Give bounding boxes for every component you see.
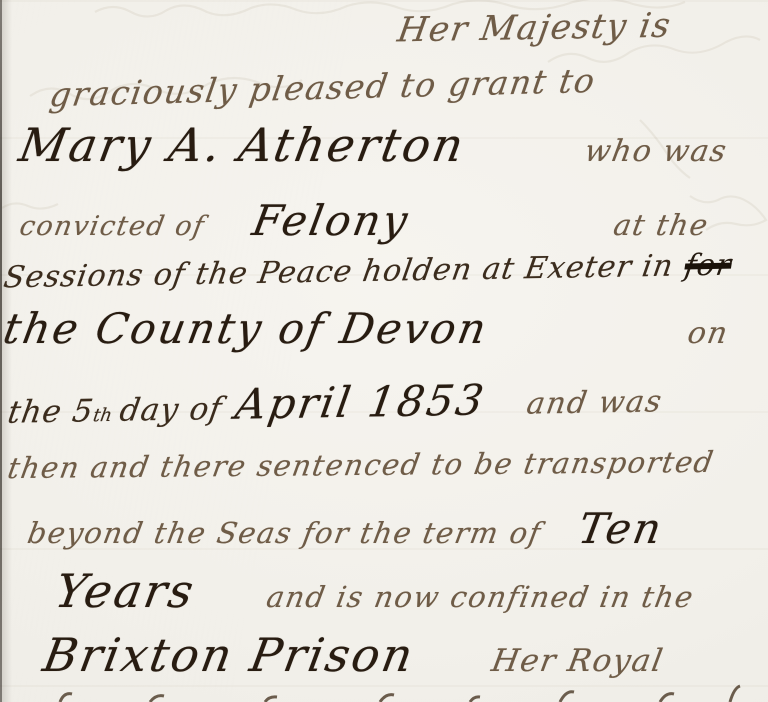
handwritten-line: the 5 th day of April 1853 and was [8, 372, 664, 432]
field-month-year: April 1853 [232, 375, 489, 428]
field-convict-name: Mary A. Atherton [15, 118, 470, 172]
handwritten-line: Sessions of the Peace holden at Exeter i… [4, 248, 732, 296]
form-script-text: convicted of [17, 211, 207, 242]
document-scan: Her Majesty is graciously pleased to gra… [0, 0, 768, 702]
handwritten-line: Years and is now confined in the [56, 564, 694, 618]
field-day: the 5 [5, 393, 96, 431]
form-script-text: graciously pleased to grant to [47, 61, 598, 114]
form-script-text: Her Majesty is [395, 6, 674, 51]
struck-out-word: for [683, 248, 735, 284]
scan-edge-shadow [2, 0, 12, 702]
field-sentence-term-years: Years [51, 564, 200, 618]
form-script-text: then and there sentenced to be transport… [5, 445, 717, 485]
field-county: the County of Devon [0, 304, 492, 353]
handwritten-line: the County of Devon on [4, 304, 728, 353]
field-prison: Brixton Prison [39, 628, 419, 682]
form-script-text: beyond the Seas for the term of [25, 516, 544, 550]
handwritten-line: graciously pleased to grant to [50, 61, 596, 114]
form-script-text: at the [611, 208, 712, 242]
handwritten-line: convicted of Felony at the [20, 196, 709, 245]
field-offence: Felony [248, 196, 413, 245]
handwritten-line: Her Majesty is [398, 6, 672, 51]
form-script-text: Her Royal [489, 643, 667, 679]
field-court-location: Sessions of the Peace holden at Exeter i… [1, 249, 676, 296]
ordinal-suffix: th [92, 405, 114, 426]
form-script-text: and was [525, 384, 666, 421]
form-script-text: and is now confined in the [264, 580, 697, 614]
handwritten-line: beyond the Seas for the term of Ten [28, 504, 663, 553]
field-sentence-term: Ten [575, 504, 668, 553]
handwritten-line: then and there sentenced to be transport… [8, 445, 714, 485]
form-script-text: on [685, 316, 732, 351]
form-script-text: who was [582, 134, 730, 169]
form-script-text: day of [117, 391, 225, 429]
handwritten-line: Brixton Prison Her Royal [44, 628, 664, 682]
handwritten-line: Mary A. Atherton who was [20, 118, 727, 172]
